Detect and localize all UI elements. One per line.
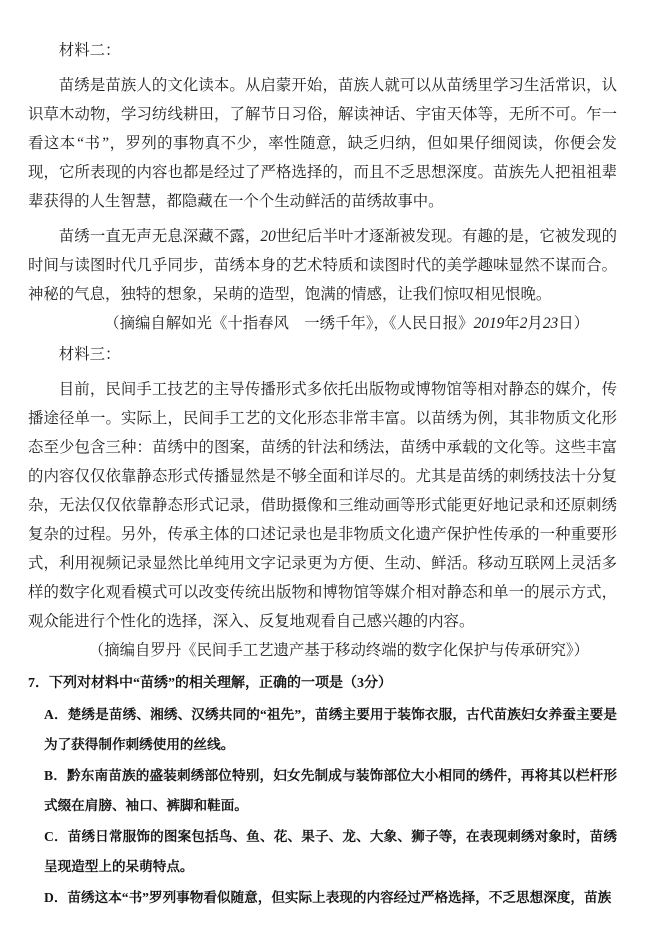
option-c-label: C． [44, 829, 68, 844]
question-7-option-a: A．楚绣是苗绣、湘绣、汉绣共同的“祖先”，苗绣主要用于装饰衣服，古代苗族妇女养蚕… [44, 700, 617, 761]
document-page: 材料二： 苗绣是苗族人的文化读本。从启蒙开始，苗族人就可以从苗绣里学习生活常识，… [0, 0, 650, 930]
material-three-citation: （摘编自罗丹《民间手工艺遗产基于移动终端的数字化保护与传承研究》） [28, 636, 617, 665]
option-d-text: 苗绣这本“书”罗列事物看似随意，但实际上表现的内容经过严格选择，不乏思想深度，苗… [67, 890, 611, 905]
material-two-paragraph-1: 苗绣是苗族人的文化读本。从启蒙开始，苗族人就可以从苗绣里学习生活常识，认识草木动… [28, 71, 617, 216]
option-a-text: 楚绣是苗绣、湘绣、汉绣共同的“祖先”，苗绣主要用于装饰衣服，古代苗族妇女养蚕主要… [44, 707, 617, 753]
question-7-option-b: B．黔东南苗族的盛装刺绣部位特别，妇女先制成与装饰部位大小相同的绣件，再将其以栏… [44, 761, 617, 822]
option-d-label: D． [44, 890, 67, 905]
question-7-stem: 7．下列对材料中“苗绣”的相关理解，正确的一项是（3分） [28, 669, 617, 700]
material-two-citation: （摘编自解如光《十指春风 一绣千年》，《人民日报》2019年2月23日） [28, 309, 617, 338]
question-7-option-d: D．苗绣这本“书”罗列事物看似随意，但实际上表现的内容经过严格选择，不乏思想深度… [44, 883, 617, 914]
material-two-section: 材料二： 苗绣是苗族人的文化读本。从启蒙开始，苗族人就可以从苗绣里学习生活常识，… [28, 36, 617, 338]
question-7-text: 下列对材料中“苗绣”的相关理解，正确的一项是（3分） [49, 676, 392, 691]
option-b-text: 黔东南苗族的盛装刺绣部位特别，妇女先制成与装饰部位大小相同的绣件，再将其以栏杆形… [44, 768, 617, 814]
question-7-section: 7．下列对材料中“苗绣”的相关理解，正确的一项是（3分） A．楚绣是苗绣、湘绣、… [28, 669, 617, 913]
option-a-label: A． [44, 707, 68, 722]
option-b-label: B． [44, 768, 67, 783]
material-three-paragraph-1: 目前，民间手工技艺的主导传播形式多依托出版物或博物馆等相对静态的媒介，传播途径单… [28, 375, 617, 636]
option-c-text: 苗绣日常服饰的图案包括鸟、鱼、花、果子、龙、大象、狮子等，在表现刺绣对象时，苗绣… [44, 829, 617, 875]
material-two-paragraph-2: 苗绣一直无声无息深藏不露，20世纪后半叶才逐渐被发现。有趣的是，它被发现的时间与… [28, 222, 617, 309]
material-two-label: 材料二： [28, 36, 617, 65]
question-7-option-c: C．苗绣日常服饰的图案包括鸟、鱼、花、果子、龙、大象、狮子等，在表现刺绣对象时，… [44, 822, 617, 883]
question-7-number: 7． [28, 676, 49, 691]
material-three-label: 材料三： [28, 340, 617, 369]
material-three-section: 材料三： 目前，民间手工技艺的主导传播形式多依托出版物或博物馆等相对静态的媒介，… [28, 340, 617, 665]
